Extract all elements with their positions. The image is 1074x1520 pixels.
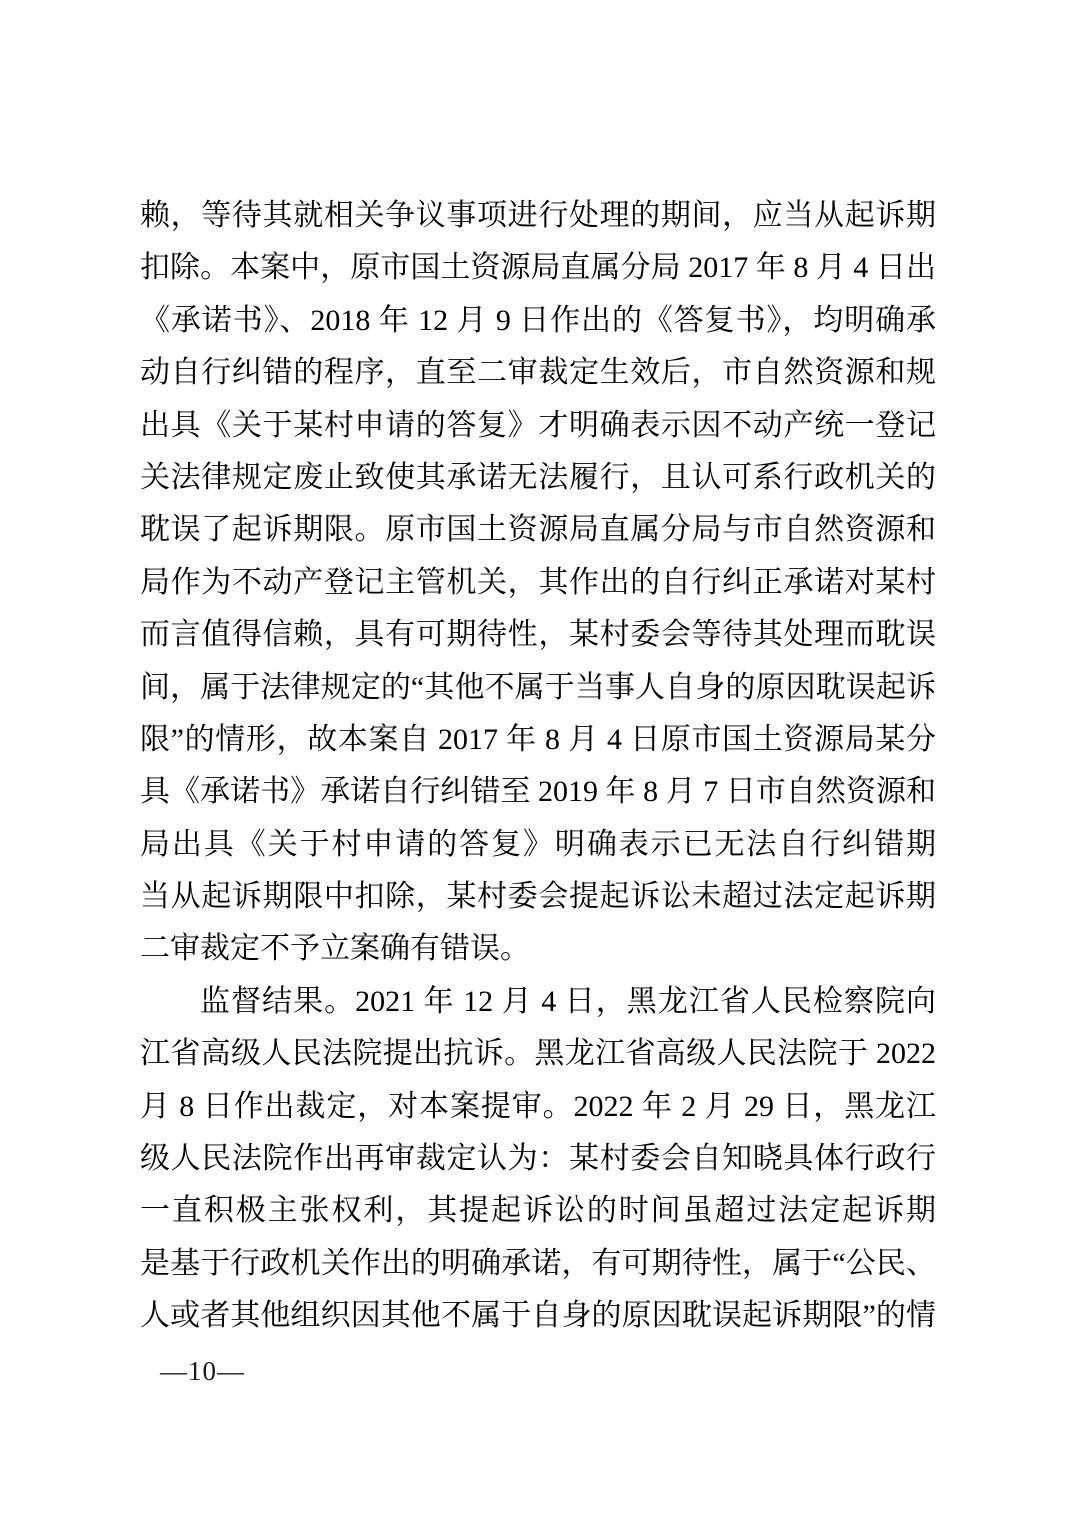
- text-line: 当从起诉期限中扣除，某村委会提起诉讼未超过法定起诉期限，: [140, 871, 936, 923]
- text-line: 是基于行政机关作出的明确承诺，有可期待性，属于“公民、法: [140, 1238, 936, 1290]
- text-line: 而言值得信赖，具有可期待性，某村委会等待其处理而耽误的期: [140, 609, 936, 661]
- text-line: 级人民法院作出再审裁定认为：某村委会自知晓具体行政行为后: [140, 1133, 936, 1185]
- document-page: 赖，等待其就相关争议事项进行处理的期间，应当从起诉期限中 扣除。本案中，原市国土…: [0, 0, 1074, 1520]
- text-line: 人或者其他组织因其他不属于自身的原因耽误起诉期限”的情形，: [140, 1290, 936, 1342]
- text-line: 二审裁定不予立案确有错误。: [140, 923, 936, 975]
- text-line: 耽误了起诉期限。原市国土资源局直属分局与市自然资源和规划: [140, 504, 936, 556]
- paragraph-continued: 赖，等待其就相关争议事项进行处理的期间，应当从起诉期限中 扣除。本案中，原市国土…: [140, 190, 936, 976]
- text-line: 限”的情形，故本案自 2017 年 8 月 4 日原市国土资源局某分局出: [140, 714, 936, 766]
- text-line: 赖，等待其就相关争议事项进行处理的期间，应当从起诉期限中: [140, 190, 936, 242]
- text-line: 江省高级人民法院提出抗诉。黑龙江省高级人民法院于 2022 年 2: [140, 1028, 936, 1080]
- page-number: —10—: [160, 1354, 245, 1388]
- text-line: 关法律规定废止致使其承诺无法履行，且认可系行政机关的原因: [140, 452, 936, 504]
- text-line: 间，属于法律规定的“其他不属于当事人自身的原因耽误起诉期: [140, 662, 936, 714]
- body-text: 赖，等待其就相关争议事项进行处理的期间，应当从起诉期限中 扣除。本案中，原市国土…: [140, 190, 936, 1343]
- text-line: 月 8 日作出裁定，对本案提审。2022 年 2 月 29 日，黑龙江省高: [140, 1081, 936, 1133]
- text-line: 一直积极主张权利，其提起诉讼的时间虽超过法定起诉期限，亦: [140, 1185, 936, 1237]
- text-line: 局出具《关于村申请的答复》明确表示已无法自行纠错期间，应: [140, 819, 936, 871]
- text-line: 动自行纠错的程序，直至二审裁定生效后，市自然资源和规划局: [140, 347, 936, 399]
- text-line: 《承诺书》、2018 年 12 月 9 日作出的《答复书》，均明确承诺启: [140, 295, 936, 347]
- text-line: 局作为不动产登记主管机关，其作出的自行纠正承诺对某村委会: [140, 557, 936, 609]
- text-line: 监督结果。2021 年 12 月 4 日，黑龙江省人民检察院向黑龙: [140, 976, 936, 1028]
- text-line: 具《承诺书》承诺自行纠错至 2019 年 8 月 7 日市自然资源和规划: [140, 766, 936, 818]
- text-line: 出具《关于某村申请的答复》才明确表示因不动产统一登记后相: [140, 400, 936, 452]
- text-line: 扣除。本案中，原市国土资源局直属分局 2017 年 8 月 4 日出具的: [140, 242, 936, 294]
- paragraph-supervision-result: 监督结果。2021 年 12 月 4 日，黑龙江省人民检察院向黑龙 江省高级人民…: [140, 976, 936, 1343]
